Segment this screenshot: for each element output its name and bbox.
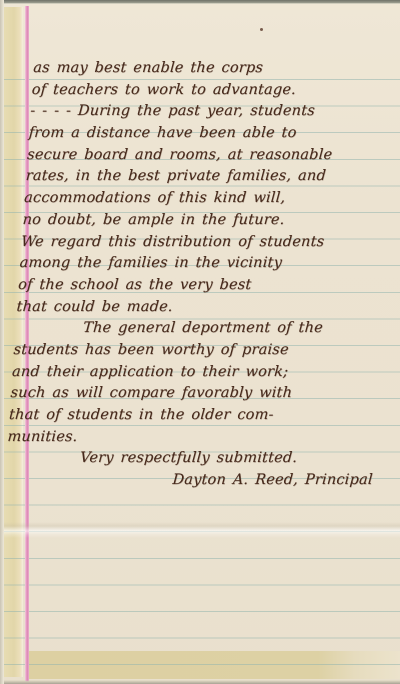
handwriting-line: We regard this distribution of students <box>20 232 382 254</box>
scan-edge-bottom <box>0 680 400 684</box>
handwriting-line: secure board and rooms, at reasonable <box>26 145 388 167</box>
paper-crease <box>0 522 400 538</box>
handwriting-line: of teachers to work to advantage. <box>31 80 393 102</box>
handwriting-line: among the families in the vicinity <box>19 253 381 275</box>
handwriting-line: from a distance have been able to <box>28 123 390 145</box>
handwriting-line: such as will compare favorably with <box>10 383 372 405</box>
handwriting-line: that could be made. <box>16 297 378 319</box>
handwriting-line: accommodations of this kind will, <box>23 188 385 210</box>
handwriting-line: Dayton A. Reed, Principal <box>4 470 366 492</box>
handwriting-line: The general deportment of the <box>14 318 376 340</box>
handwriting-line: of the school as the very best <box>17 275 379 297</box>
scan-edge-left <box>0 0 4 684</box>
handwriting-line: munities. <box>7 427 369 449</box>
handwriting-line: rates, in the best private families, and <box>25 166 387 188</box>
scanned-letter-page: as may best enable the corpsof teachers … <box>0 0 400 684</box>
handwriting-line: no doubt, be ample in the future. <box>22 210 384 232</box>
ink-speck <box>260 28 263 31</box>
handwriting-line: as may best enable the corps <box>32 58 394 80</box>
handwriting-line: students has been worthy of praise <box>13 340 375 362</box>
handwriting-line: and their application to their work; <box>11 362 373 384</box>
scan-edge-top <box>0 0 400 4</box>
handwriting-line: that of students in the older com- <box>8 405 370 427</box>
handwriting-line: - - - - During the past year, students <box>29 101 391 123</box>
handwriting-line: Very respectfully submitted. <box>5 448 367 470</box>
handwriting-text: as may best enable the corpsof teachers … <box>4 58 394 492</box>
